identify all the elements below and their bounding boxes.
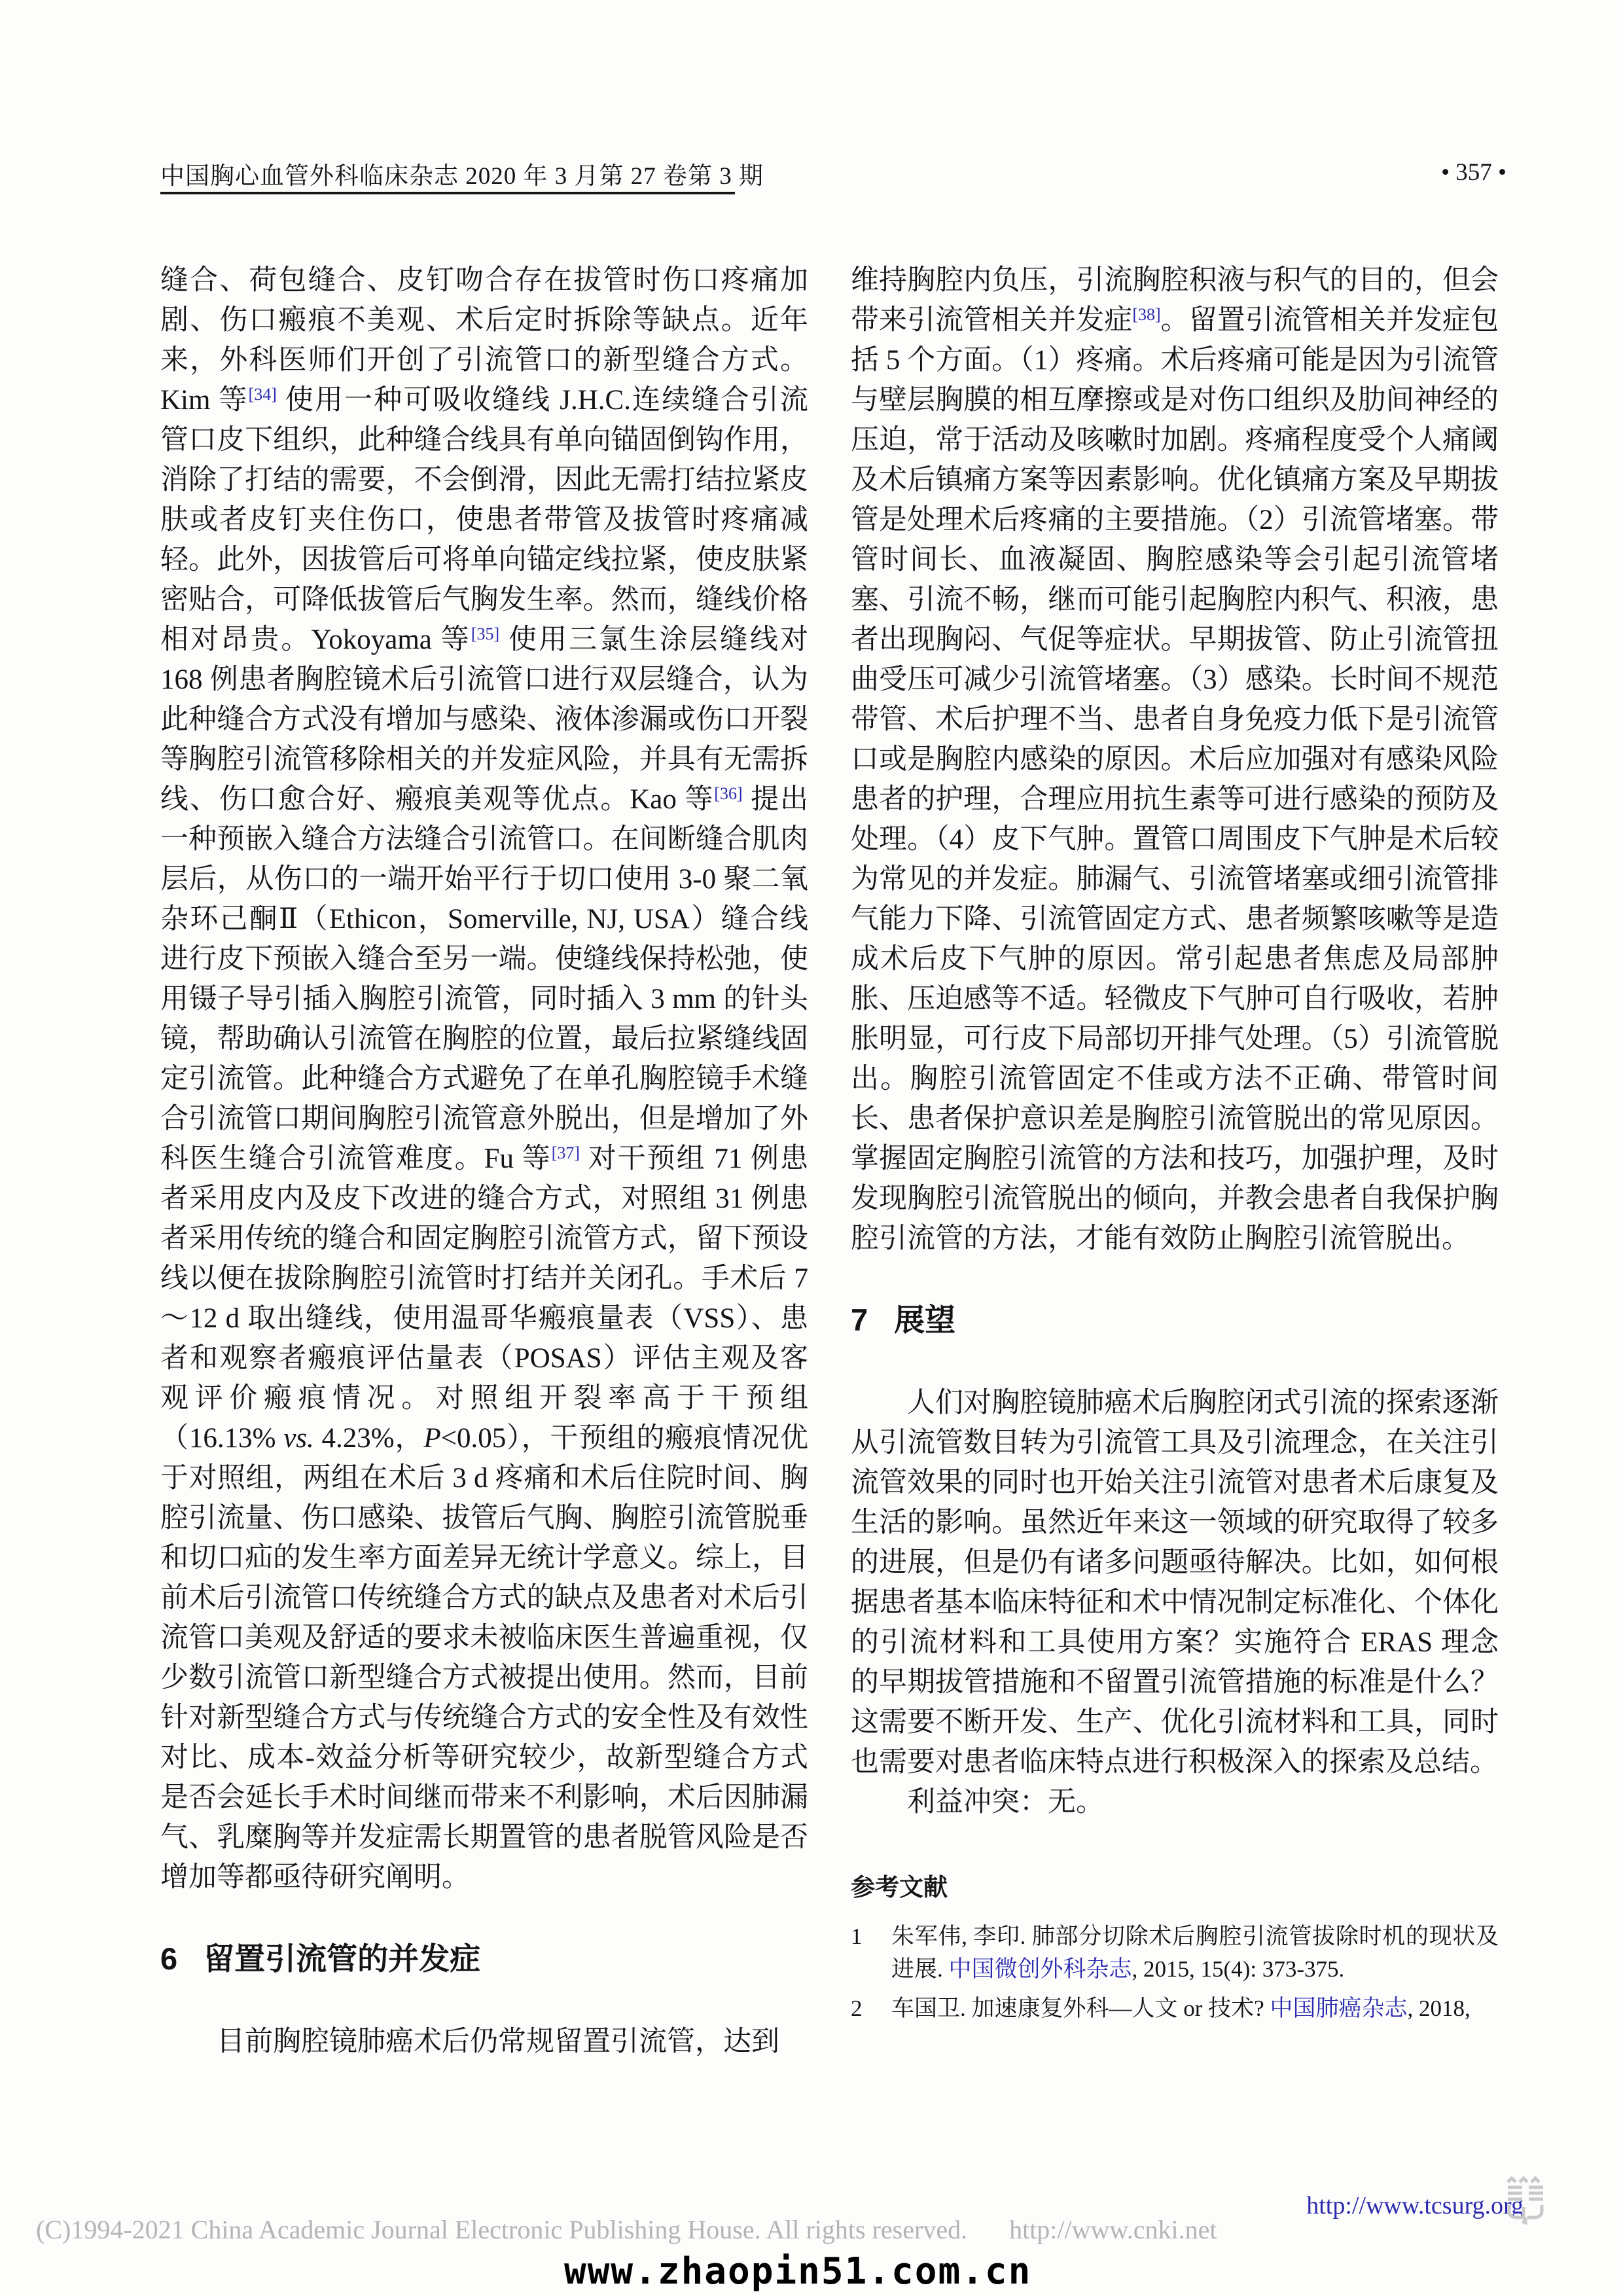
text-segment: 对干预组 71 例患者采用皮内及皮下改进的缝合方式，对照组 31 例患者采用传统… <box>160 1143 808 1454</box>
zhaopin-watermark: www.zhaopin51.com.cn <box>564 2250 1031 2293</box>
text-segment: 。留置引流管相关并发症包括 5 个方面。（1）疼痛。术后疼痛可能是因为引流管与壁… <box>851 305 1499 1254</box>
journal-title-line: 中国胸心血管外科临床杂志 2020 年 3 月第 27 卷第 3 期 <box>160 156 764 191</box>
section-number: 6 <box>160 1942 177 1976</box>
right-column: 维持胸腔内负压，引流胸腔积液与积气的目的，但会带来引流管相关并发症[38]。留置… <box>851 260 1499 2032</box>
copyright-text: (C)1994-2021 China Academic Journal Elec… <box>36 2214 967 2245</box>
left-column: 缝合、荷包缝合、皮钉吻合存在拔管时伤口疼痛加剧、伤口瘢痕不美观、术后定时拆除等缺… <box>160 260 808 2062</box>
reference-item: 1 朱军伟, 李印. 肺部分切除术后胸腔引流管拔除时机的现状及进展. 中国微创外… <box>851 1920 1499 1986</box>
body-paragraph: 人们对胸腔镜肺癌术后胸腔闭式引流的探索逐渐从引流管数目转为引流管工具及引流理念，… <box>851 1383 1499 1782</box>
journal-name-link[interactable]: 中国肺癌杂志 <box>1270 1996 1407 2021</box>
citation-ref-link[interactable]: [34] <box>249 385 277 404</box>
reference-text: 车国卫. 加速康复外科—人文 or 技术? 中国肺癌杂志, 2018, <box>891 1992 1499 2025</box>
text-segment: P <box>423 1423 440 1454</box>
citation-ref-link[interactable]: [38] <box>1132 305 1160 324</box>
text-segment: , 2018, <box>1407 1996 1470 2021</box>
text-segment: 提出一种预嵌入缝合方法缝合引流管口。在间断缝合肌肉层后，从伤口的一端开始平行于切… <box>160 784 808 1174</box>
copyright-line: (C)1994-2021 China Academic Journal Elec… <box>36 2214 1217 2245</box>
cnki-url: http://www.cnki.net <box>1009 2214 1217 2245</box>
section-heading-7: 7 展望 <box>851 1303 1499 1337</box>
huaxi-emblem-icon <box>1504 2176 1547 2229</box>
text-segment: 车国卫. 加速康复外科—人文 or 技术? <box>891 1996 1270 2021</box>
header-divider <box>160 192 735 194</box>
body-paragraph: 目前胸腔镜肺癌术后仍常规留置引流管，达到 <box>160 2022 808 2062</box>
section-heading-6: 6 留置引流管的并发症 <box>160 1942 808 1976</box>
reference-list: 参考文献 1 朱军伟, 李印. 肺部分切除术后胸腔引流管拔除时机的现状及进展. … <box>851 1873 1499 2025</box>
tcsurg-url-link[interactable]: http://www.tcsurg.org <box>1306 2191 1524 2220</box>
journal-page: 中国胸心血管外科临床杂志 2020 年 3 月第 27 卷第 3 期 • 357… <box>0 0 1623 2296</box>
reference-text: 朱军伟, 李印. 肺部分切除术后胸腔引流管拔除时机的现状及进展. 中国微创外科杂… <box>891 1920 1499 1986</box>
section-number: 7 <box>851 1303 868 1337</box>
journal-name-link[interactable]: 中国微创外科杂志 <box>949 1956 1132 1982</box>
text-segment: , 2015, 15(4): 373-375. <box>1132 1956 1345 1982</box>
text-segment: 4.23%， <box>314 1423 424 1454</box>
citation-ref-link[interactable]: [37] <box>552 1143 580 1162</box>
reference-number: 1 <box>851 1920 891 1986</box>
text-segment: 使用一种可吸收缝线 J.H.C.连续缝合引流管口皮下组织，此种缝合线具有单向锚固… <box>160 385 808 655</box>
citation-ref-link[interactable]: [36] <box>714 784 742 803</box>
reference-number: 2 <box>851 1992 891 2025</box>
section-title: 展望 <box>894 1303 955 1337</box>
body-paragraph: 缝合、荷包缝合、皮钉吻合存在拔管时伤口疼痛加剧、伤口瘢痕不美观、术后定时拆除等缺… <box>160 260 808 1897</box>
text-segment: vs. <box>283 1423 314 1454</box>
page-number: • 357 • <box>1441 158 1507 187</box>
text-segment: <0.05），干预组的瘢痕情况优于对照组，两组在术后 3 d 疼痛和术后住院时间… <box>160 1423 808 1893</box>
references-heading: 参考文献 <box>851 1873 1499 1902</box>
body-paragraph: 维持胸腔内负压，引流胸腔积液与积气的目的，但会带来引流管相关并发症[38]。留置… <box>851 260 1499 1259</box>
section-title: 留置引流管的并发症 <box>204 1942 480 1976</box>
conflict-statement: 利益冲突：无。 <box>851 1782 1499 1822</box>
reference-item: 2 车国卫. 加速康复外科—人文 or 技术? 中国肺癌杂志, 2018, <box>851 1992 1499 2025</box>
citation-ref-link[interactable]: [35] <box>471 624 499 643</box>
